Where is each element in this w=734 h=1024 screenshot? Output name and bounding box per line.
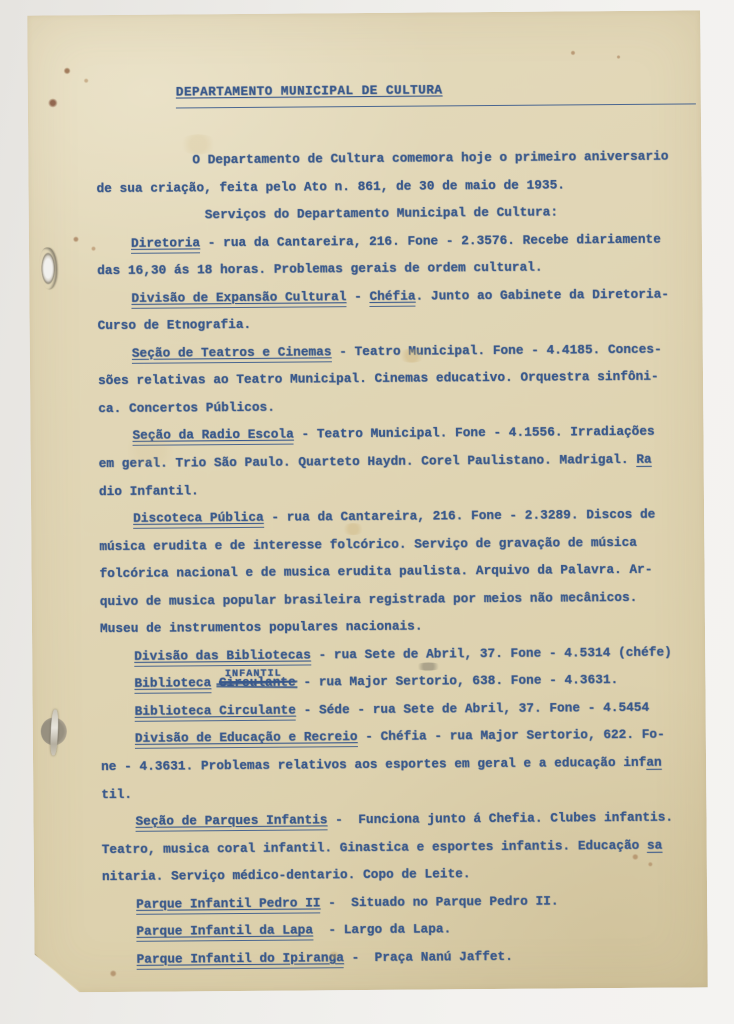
text-segment: dio Infantil. xyxy=(99,483,199,499)
text-segment: - xyxy=(346,289,369,304)
text-segment: til. xyxy=(101,786,132,801)
text-line: Discoteca Pública - rua da Cantareira, 2… xyxy=(99,501,699,533)
foxing-spot xyxy=(64,67,71,74)
underlined-heading: Discoteca Pública xyxy=(133,510,264,529)
text-segment: quivo de musica popular brasileira regis… xyxy=(100,590,638,609)
underlined-heading: Parque Infantil da Lapa xyxy=(136,923,313,942)
foxing-spot xyxy=(617,55,621,59)
text-segment: - Teatro Municipal. Fone - 4.1556. Irrad… xyxy=(294,424,655,442)
foxing-spot xyxy=(84,78,89,83)
folded-corner xyxy=(35,952,81,992)
text-line: O Departamento de Cultura comemora hoje … xyxy=(96,142,696,174)
text-segment: de sua criação, feita pelo Ato n. 861, d… xyxy=(96,177,565,196)
text-segment: - Funciona junto á Chefia. Clubes infant… xyxy=(327,810,673,828)
underlined-heading: sa xyxy=(647,837,662,852)
underlined-heading: Parque Infantil Pedro II xyxy=(136,895,320,914)
scanned-page-background: { "document": { "title": "DEPARTAMENTO M… xyxy=(0,0,734,1024)
text-line: em geral. Trio São Paulo. Quarteto Haydn… xyxy=(99,445,699,477)
underlined-heading: Chéfia xyxy=(369,288,415,306)
text-line: folcórica nacional e de musica erudita p… xyxy=(99,556,699,588)
underlined-heading: an xyxy=(646,755,661,770)
underlined-heading: Divisão das Bibliotecas xyxy=(134,647,311,666)
underlined-heading: Diretoria xyxy=(131,235,200,254)
text-line: sões relativas ao Teatro Municipal. Cine… xyxy=(98,363,698,395)
text-segment: - rua Sete de Abril, 37. Fone - 4.5314 (… xyxy=(311,644,672,662)
text-segment: - Chéfia - rua Major Sertorio, 622. Fo- xyxy=(357,727,664,744)
text-segment: - rua da Cantareira, 216. Fone - 2.3289.… xyxy=(264,507,656,525)
text-segment: Curso de Etnografia. xyxy=(98,317,252,333)
text-segment: Museu de instrumentos populares nacionai… xyxy=(100,619,423,637)
document-title: DEPARTAMENTO MUNICIPAL DE CULTURA xyxy=(176,74,696,108)
scanned-paper-sheet: DEPARTAMENTO MUNICIPAL DE CULTURA O Depa… xyxy=(27,10,708,992)
text-segment: em geral. Trio São Paulo. Quarteto Haydn… xyxy=(99,452,637,471)
text-segment: - Situado no Parque Pedro II. xyxy=(320,893,558,910)
foxing-spot xyxy=(48,98,58,107)
text-segment: - rua Major Sertorio, 638. Fone - 4.3631… xyxy=(296,672,619,690)
binding-tear xyxy=(50,709,59,755)
text-line: Teatro, musica coral infantil. Ginastica… xyxy=(102,831,702,863)
fold-crease-line xyxy=(33,955,74,989)
underlined-heading: Ra xyxy=(636,452,651,467)
underlined-heading: Seção da Radio Escola xyxy=(132,427,293,446)
text-segment: - Praça Nanú Jaffet. xyxy=(344,949,513,965)
text-line: quivo de musica popular brasileira regis… xyxy=(100,583,700,615)
binding-hole-bottom xyxy=(39,709,69,755)
underlined-heading: Seção de Parques Infantis xyxy=(135,812,327,832)
text-line: Diretoria - rua da Cantareira, 216. Fone… xyxy=(97,225,697,257)
text-segment: nitaria. Serviço médico-dentario. Copo d… xyxy=(102,866,471,884)
underlined-heading: Parque Infantil do Ipiranga xyxy=(137,950,344,970)
text-line: Seção de Parques Infantis - Funciona jun… xyxy=(101,804,701,836)
text-segment: - rua da Cantareira, 216. Fone - 2.3576.… xyxy=(200,231,661,250)
text-segment: sões relativas ao Teatro Municipal. Cine… xyxy=(98,369,659,388)
document-text: O Departamento de Cultura comemora hoje … xyxy=(96,142,702,973)
foxing-spot xyxy=(91,246,96,251)
text-segment: - Largo da Lapa. xyxy=(313,922,451,938)
underlined-heading: Seção de Teatros e Cinemas xyxy=(132,344,332,364)
text-segment: ca. Concertos Públicos. xyxy=(98,400,275,416)
text-segment: . Junto ao Gabinete da Diretoria- xyxy=(415,286,669,303)
text-line: Parque Infantil do Ipiranga - Praça Nanú… xyxy=(102,941,702,973)
document-body: DEPARTAMENTO MUNICIPAL DE CULTURA O Depa… xyxy=(96,74,703,973)
text-line: Divisão de Expansão Cultural - Chéfia. J… xyxy=(97,280,697,312)
underlined-heading: Biblioteca Circulante xyxy=(135,703,296,722)
text-segment: ne - 4.3631. Problemas relativos aos esp… xyxy=(101,755,646,774)
text-segment: O Departamento de Cultura comemora hoje … xyxy=(192,149,668,168)
foxing-spot xyxy=(570,50,575,55)
text-line: ne - 4.3631. Problemas relativos aos esp… xyxy=(101,748,701,780)
paper-stains xyxy=(27,10,700,15)
text-segment: Serviços do Departamento Municipal de Cu… xyxy=(205,205,558,223)
text-segment: Teatro, musica coral infantil. Ginastica… xyxy=(102,837,647,856)
underlined-heading: Divisão de Expansão Cultural xyxy=(131,289,346,309)
text-segment: das 16,30 ás 18 horas. Problemas gerais … xyxy=(97,260,543,278)
text-segment: - Séde - rua Sete de Abril, 37. Fone - 4… xyxy=(296,700,649,718)
underlined-heading: Biblioteca xyxy=(134,676,211,695)
text-segment: música erudita e de interesse folcórico.… xyxy=(99,535,637,554)
binding-hole-top xyxy=(39,247,57,289)
typed-correction-note: INFANTIL xyxy=(225,661,282,689)
text-segment: folcórica nacional e de musica erudita p… xyxy=(100,562,653,581)
foxing-spot xyxy=(73,236,79,242)
underlined-heading: Divisão de Educação e Recreio xyxy=(135,730,358,750)
struck-text: CirculanteINFANTIL xyxy=(219,675,296,691)
text-segment: - Teatro Municipal. Fone - 4.4185. Conce… xyxy=(331,342,661,360)
